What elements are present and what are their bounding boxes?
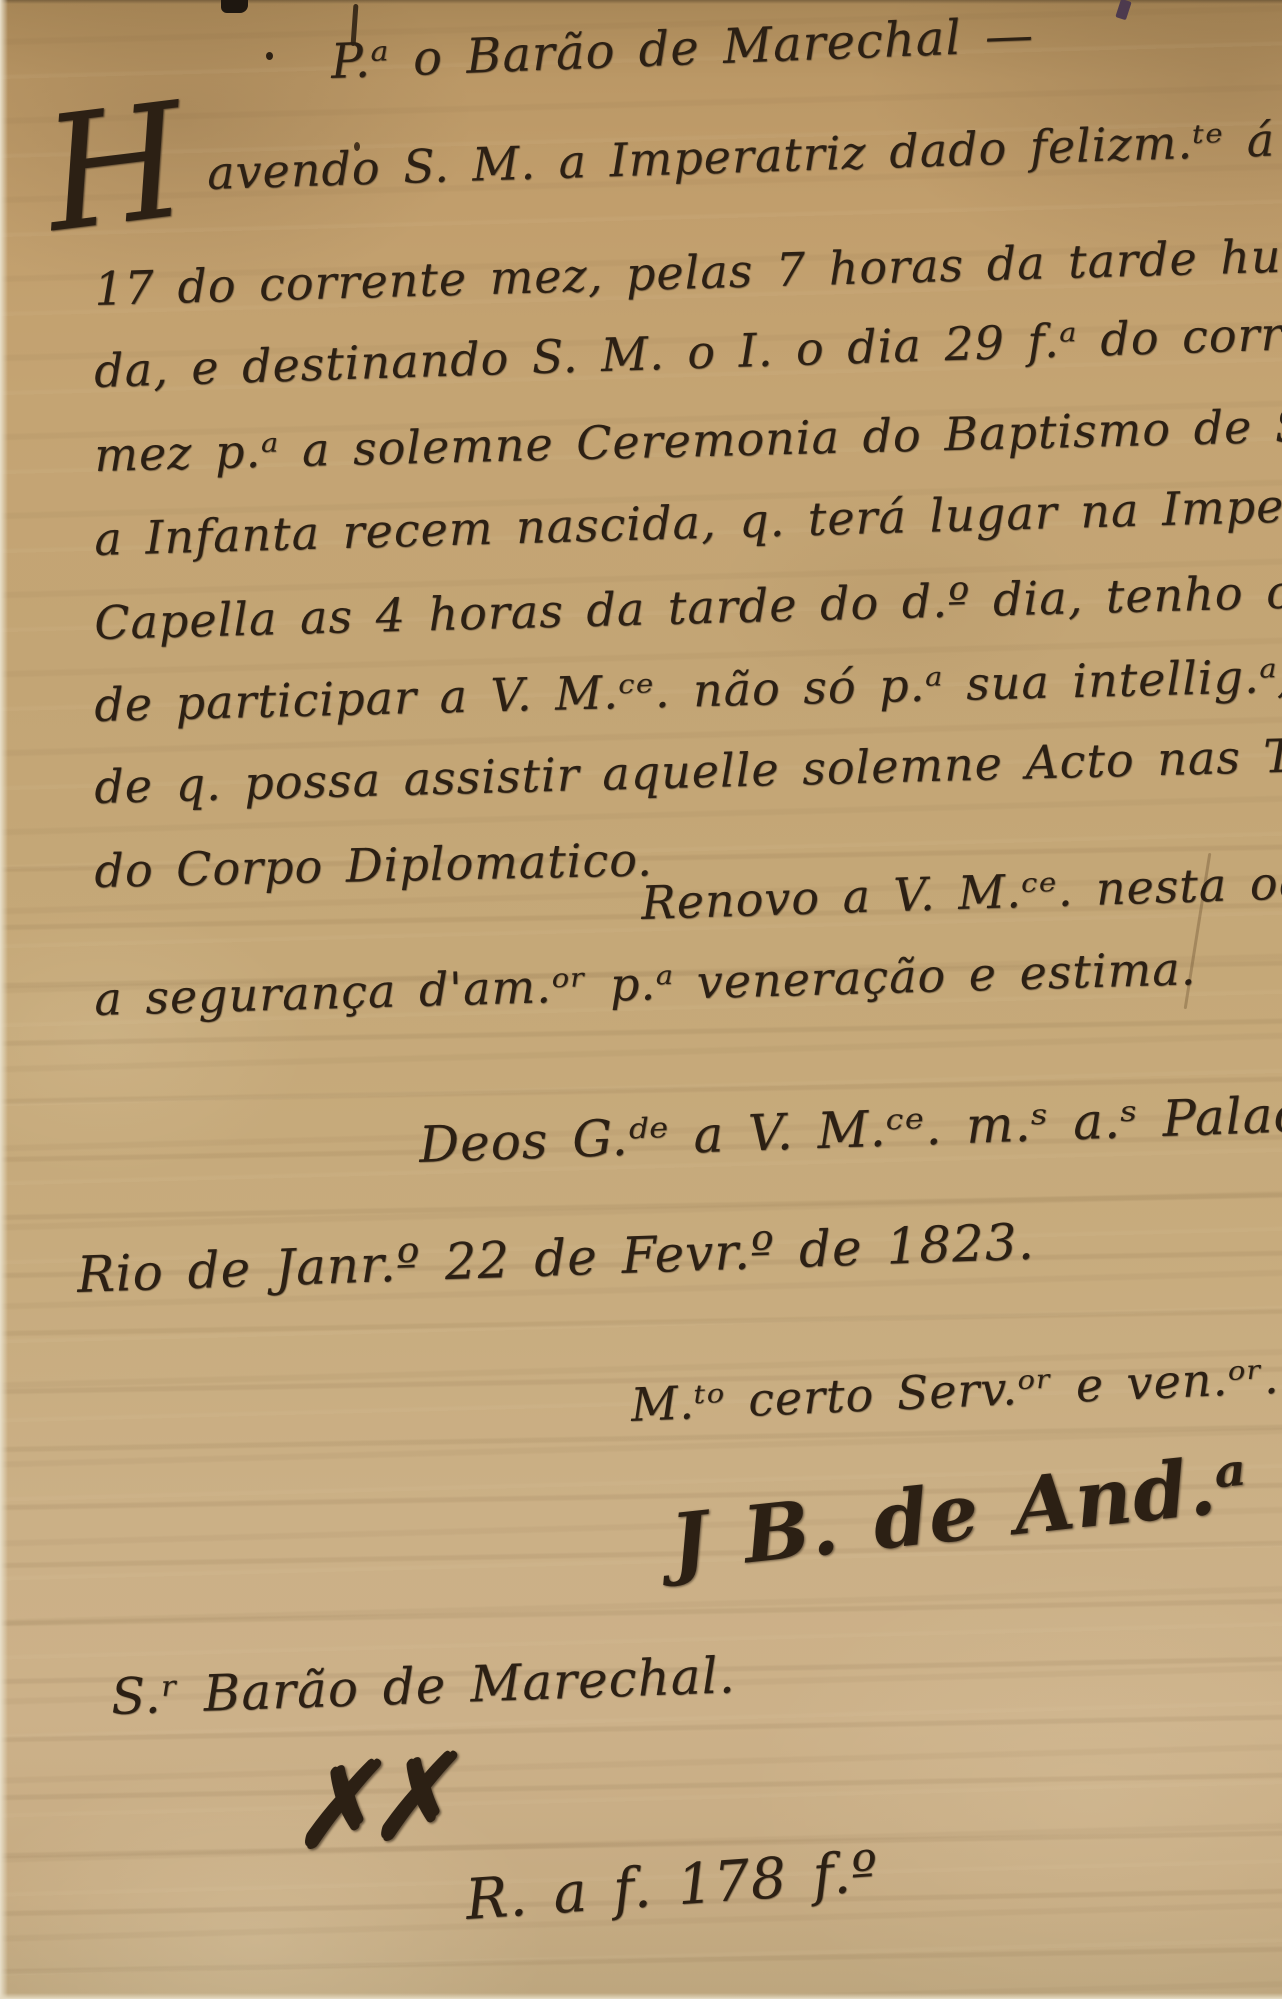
place-date-line: Rio de Janr.º 22 de Fevr.º de 1823. bbox=[76, 1213, 1035, 1304]
body-line-8: de q. possa assistir aquelle solemne Act… bbox=[94, 724, 1282, 814]
body-line-3: da, e destinando S. M. o I. o dia 29 f.ᵃ… bbox=[93, 305, 1282, 398]
manuscript-page: P.ᵃ o Barão de Marechal — H avendo S. M.… bbox=[0, 0, 1282, 1999]
archival-number: R. a f. 178 f.º bbox=[463, 1839, 880, 1933]
rubric-flourish: ✗✗ bbox=[283, 1733, 448, 1874]
renovo-line: Renovo a V. M.ᶜᵉ. nesta occasião bbox=[640, 850, 1282, 930]
body-line-6: Capella as 4 horas da tarde do d.º dia, … bbox=[94, 562, 1282, 650]
body-line-4: mez p.ᵃ a solemne Ceremonia do Baptismo … bbox=[94, 395, 1282, 482]
body-line-5: a Infanta recem nascida, q. terá lugar n… bbox=[93, 476, 1282, 566]
scan-edge-top bbox=[0, 0, 1282, 4]
scan-edge-left bbox=[0, 0, 8, 1999]
stain-top-right bbox=[1115, 0, 1131, 20]
letter-heading: P.ᵃ o Barão de Marechal — bbox=[330, 7, 1035, 90]
body-line-9: do Corpo Diplomatico. bbox=[94, 832, 653, 898]
seguranca-line: a segurança d'am.ᵒʳ p.ᵃ veneração e esti… bbox=[93, 941, 1196, 1026]
drop-cap-initial: H bbox=[36, 68, 196, 268]
valediction-line: Deos G.ᵈᵉ a V. M.ᶜᵉ. m.ˢ a.ˢ Palacio do bbox=[418, 1080, 1282, 1174]
closing-formula-line: M.ᵗᵒ certo Serv.ᵒʳ e ven.ᵒʳ. bbox=[630, 1350, 1281, 1432]
ink-blot-top-left bbox=[221, 0, 248, 13]
body-line-2: 17 do corrente mez, pelas 7 horas da tar… bbox=[93, 222, 1282, 316]
ink-dot-mark-2 bbox=[266, 52, 273, 60]
signature: J B. de And.ᵃ bbox=[666, 1438, 1253, 1589]
body-line-1: avendo S. M. a Imperatriz dado felizm.ᵗᵉ… bbox=[206, 104, 1282, 200]
addressee-line: S.ʳ Barão de Marechal. bbox=[110, 1646, 736, 1726]
body-line-7: de participar a V. M.ᶜᵉ. não só p.ᵃ sua … bbox=[94, 643, 1282, 732]
scan-edge-bottom bbox=[0, 1993, 1282, 1999]
